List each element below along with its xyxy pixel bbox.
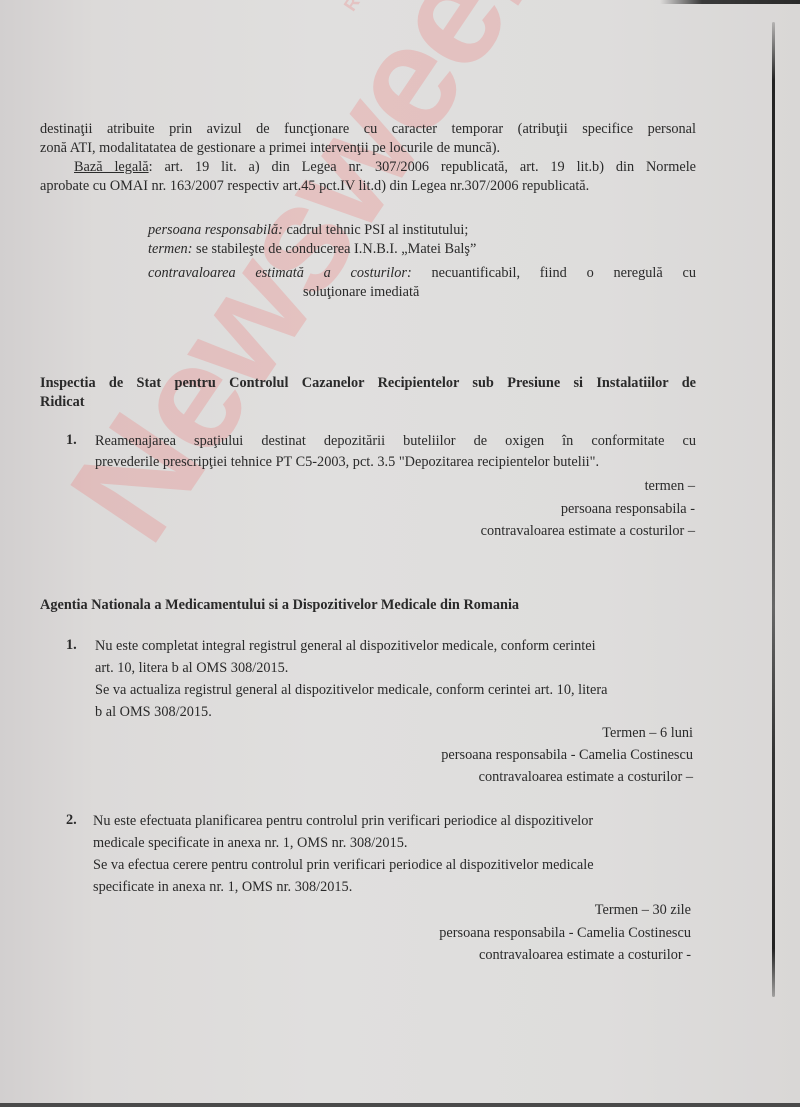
anmdm-item-2-line-2: medicale specificate in anexa nr. 1, OMS… xyxy=(93,834,705,853)
anmdm-item-1-term: Termen – 6 luni xyxy=(300,724,693,743)
legal-basis-line-1: Bază legală: art. 19 lit. a) din Legea n… xyxy=(74,158,696,177)
intro-cost-line-2: soluţionare imediată xyxy=(303,283,603,302)
intro-line-2: zonă ATI, modalitatatea de gestionare a … xyxy=(40,139,696,158)
anmdm-item-2-term: Termen – 30 zile xyxy=(300,901,691,920)
iscir-item-1-line-2: prevederile prescripţiei tehnice PT C5-2… xyxy=(95,453,705,472)
anmdm-item-2-line-1: Nu este efectuata planificarea pentru co… xyxy=(93,812,705,831)
item-number: 1. xyxy=(66,432,77,449)
section-heading-iscir-line-2: Ridicat xyxy=(40,393,340,412)
cost-label: contravaloarea estimată a costurilor: xyxy=(148,265,412,281)
legal-basis-line-2: aprobate cu OMAI nr. 163/2007 respectiv … xyxy=(40,177,700,196)
anmdm-item-1-line-4: b al OMS 308/2015. xyxy=(95,703,705,722)
person-value: cadrul tehnic PSI al institutului; xyxy=(283,222,468,238)
iscir-item-1-person: persoana responsabila - xyxy=(300,500,695,519)
section-heading-anmdm: Agentia Nationala a Medicamentului si a … xyxy=(40,596,700,615)
iscir-item-1-line-1: Reamenajarea spaţiului destinat depozită… xyxy=(95,432,696,451)
intro-cost: contravaloarea estimată a costurilor: ne… xyxy=(148,264,696,283)
intro-term: termen: se stabileşte de conducerea I.N.… xyxy=(148,240,696,259)
intro-person-responsible: persoana responsabilă: cadrul tehnic PSI… xyxy=(148,221,696,240)
anmdm-item-1-line-1: Nu este completat integral registrul gen… xyxy=(95,637,705,656)
intro-line-1: destinaţii atribuite prin avizul de func… xyxy=(40,120,696,139)
anmdm-item-2-person: persoana responsabila - Camelia Costines… xyxy=(300,924,691,943)
iscir-item-1-term: termen – xyxy=(300,477,695,496)
person-label: persoana responsabilă: xyxy=(148,222,283,238)
anmdm-item-2-line-4: specificate in anexa nr. 1, OMS nr. 308/… xyxy=(93,878,705,897)
term-value: se stabileşte de conducerea I.N.B.I. „Ma… xyxy=(192,241,476,257)
document-page: destinaţii atribuite prin avizul de func… xyxy=(0,0,800,1107)
item-number: 2. xyxy=(66,812,77,829)
section-heading-iscir: Inspectia de Stat pentru Controlul Cazan… xyxy=(40,374,696,393)
cost-value: necuantificabil, fiind o neregulă cu xyxy=(412,265,696,281)
anmdm-item-2-line-3: Se va efectua cerere pentru controlul pr… xyxy=(93,856,705,875)
legal-basis-text: : art. 19 lit. a) din Legea nr. 307/2006… xyxy=(149,159,696,175)
anmdm-item-1-cost: contravaloarea estimate a costurilor – xyxy=(300,768,693,787)
anmdm-item-2-cost: contravaloarea estimate a costurilor - xyxy=(300,946,691,965)
item-number: 1. xyxy=(66,637,77,654)
anmdm-item-1-person: persoana responsabila - Camelia Costines… xyxy=(300,746,693,765)
iscir-item-1-cost: contravaloarea estimate a costurilor – xyxy=(300,522,695,541)
legal-basis-label: Bază legală xyxy=(74,159,149,175)
term-label: termen: xyxy=(148,241,192,257)
anmdm-item-1-line-3: Se va actualiza registrul general al dis… xyxy=(95,681,705,700)
anmdm-item-1-line-2: art. 10, litera b al OMS 308/2015. xyxy=(95,659,705,678)
